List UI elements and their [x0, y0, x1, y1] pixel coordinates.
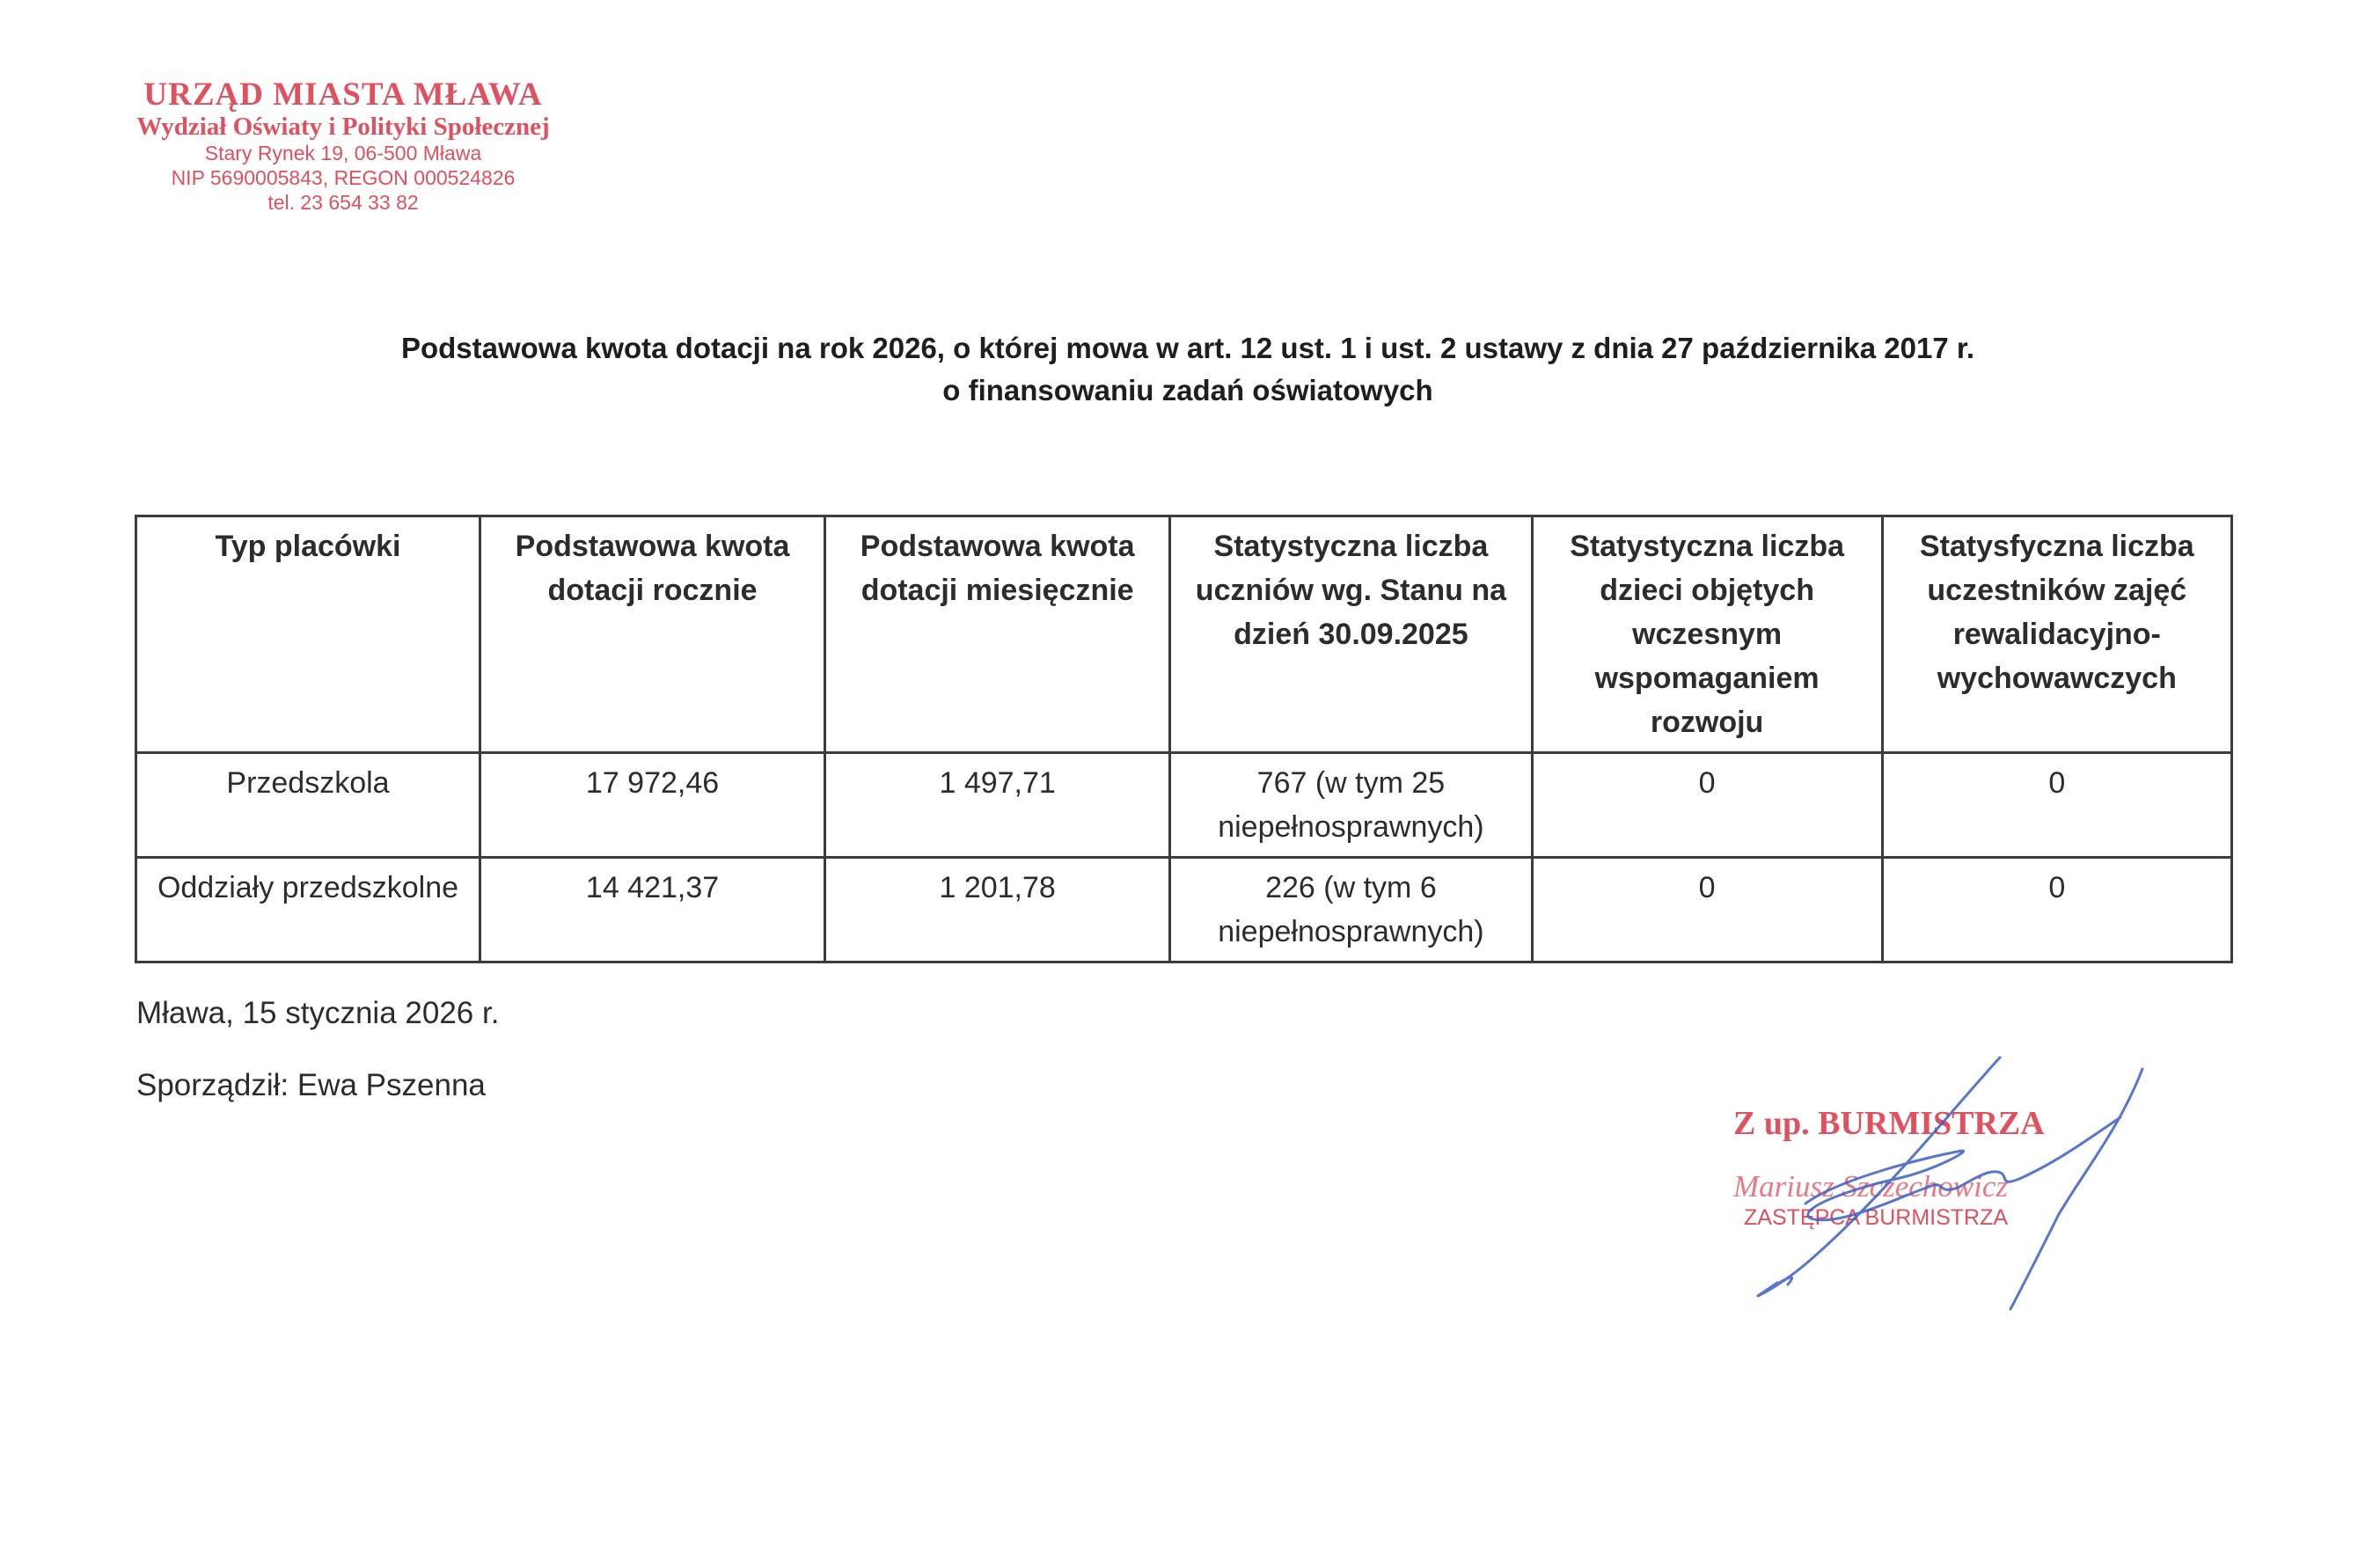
prepared-by: Sporządził: Ewa Pszenna: [136, 1068, 486, 1103]
cell-early-support-count: 0: [1532, 753, 1882, 858]
header-monthly-amount: Podstawowa kwota dotacji miesięcznie: [825, 516, 1170, 753]
cell-rehab-participants: 0: [1882, 753, 2231, 858]
table-header-row: Typ placówki Podstawowa kwota dotacji ro…: [136, 516, 2232, 753]
title-line-1: Podstawowa kwota dotacji na rok 2026, o …: [264, 327, 2112, 370]
header-facility-type: Typ placówki: [136, 516, 480, 753]
table-row: Przedszkola 17 972,46 1 497,71 767 (w ty…: [136, 753, 2232, 858]
header-student-count: Statystyczna liczba uczniów wg. Stanu na…: [1170, 516, 1532, 753]
cell-student-count: 767 (w tym 25 niepełnosprawnych): [1170, 753, 1532, 858]
subsidy-table: Typ placówki Podstawowa kwota dotacji ro…: [135, 515, 2233, 963]
stamp-office-name: URZĄD MIASTA MŁAWA: [88, 77, 598, 113]
stamp-address: Stary Rynek 19, 06-500 Mława: [88, 141, 598, 165]
document-title: Podstawowa kwota dotacji na rok 2026, o …: [264, 327, 2112, 412]
stamp-signatory-name: Mariusz Szczechowicz: [1733, 1169, 2094, 1204]
stamp-authorization: Z up. BURMISTRZA: [1733, 1104, 2094, 1143]
cell-monthly-amount: 1 497,71: [825, 753, 1170, 858]
stamp-signatory-role: ZASTĘPCA BURMISTRZA: [1744, 1204, 2094, 1231]
cell-annual-amount: 14 421,37: [480, 858, 824, 962]
cell-rehab-participants: 0: [1882, 858, 2231, 962]
cell-monthly-amount: 1 201,78: [825, 858, 1170, 962]
stamp-department: Wydział Oświaty i Polityki Społecznej: [88, 113, 598, 141]
stamp-tax-ids: NIP 5690005843, REGON 000524826: [88, 165, 598, 190]
table-row: Oddziały przedszkolne 14 421,37 1 201,78…: [136, 858, 2232, 962]
cell-early-support-count: 0: [1532, 858, 1882, 962]
cell-facility-type: Oddziały przedszkolne: [136, 858, 480, 962]
place-and-date: Mława, 15 stycznia 2026 r.: [136, 996, 499, 1031]
cell-annual-amount: 17 972,46: [480, 753, 824, 858]
header-early-support-count: Statystyczna liczba dzieci objętych wcze…: [1532, 516, 1882, 753]
title-line-2: o finansowaniu zadań oświatowych: [264, 370, 2112, 412]
signature-stamp: Z up. BURMISTRZA Mariusz Szczechowicz ZA…: [1725, 1104, 2094, 1231]
office-stamp: URZĄD MIASTA MŁAWA Wydział Oświaty i Pol…: [88, 77, 598, 215]
header-rehab-participants: Statysfyczna liczba uczestników zajęć re…: [1882, 516, 2231, 753]
cell-facility-type: Przedszkola: [136, 753, 480, 858]
header-annual-amount: Podstawowa kwota dotacji rocznie: [480, 516, 824, 753]
cell-student-count: 226 (w tym 6 niepełnosprawnych): [1170, 858, 1532, 962]
stamp-phone: tel. 23 654 33 82: [88, 190, 598, 215]
